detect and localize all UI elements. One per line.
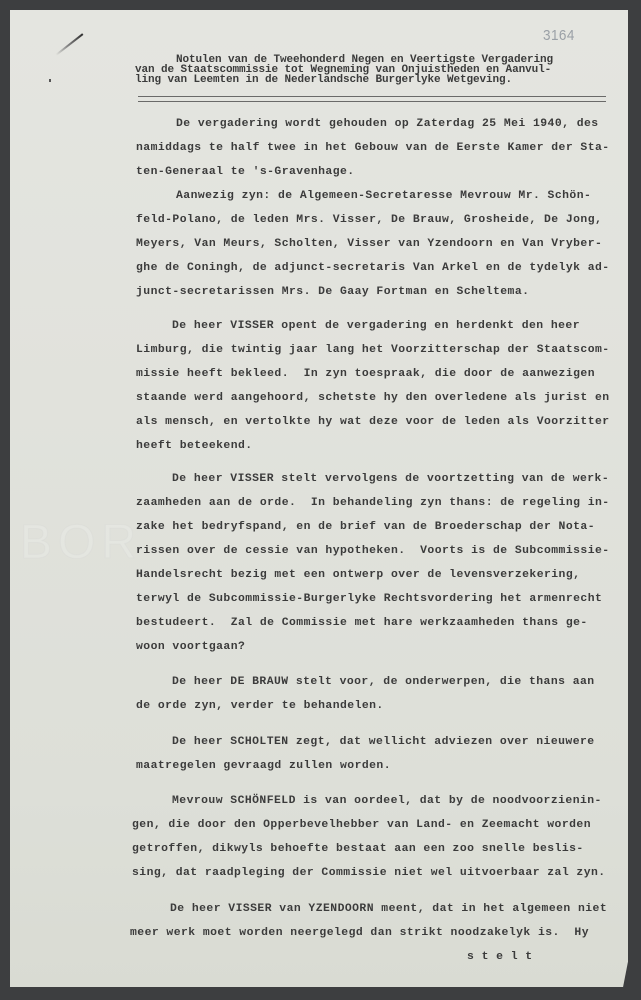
paragraph-line: als mensch, en vertolkte hy wat deze voo… bbox=[136, 415, 610, 429]
paragraph-line: Meyers, Van Meurs, Scholten, Visser van … bbox=[136, 237, 602, 251]
paragraph-line: staande werd aangehoord, schetste hy den… bbox=[136, 391, 610, 405]
paragraph-line: heeft beteekend. bbox=[136, 439, 253, 453]
paragraph-line: zaamheden aan de orde. In behandeling zy… bbox=[136, 496, 610, 510]
paragraph-line: sing, dat raadpleging der Commissie niet… bbox=[132, 866, 606, 880]
paragraph-line: Mevrouw SCHÖNFELD is van oordeel, dat by… bbox=[172, 794, 602, 808]
title-line: ling van Leemten in de Nederlandsche Bur… bbox=[135, 75, 605, 85]
catchword: s t e l t bbox=[467, 950, 533, 964]
paragraph-line: maatregelen gevraagd zullen worden. bbox=[136, 759, 391, 773]
paragraph-line: woon voortgaan? bbox=[136, 640, 245, 654]
paragraph-line: gen, die door den Opperbevelhebber van L… bbox=[132, 818, 591, 832]
paragraph-line: namiddags te half twee in het Gebouw van… bbox=[136, 141, 610, 155]
paragraph-line: zake het bedryfspand, en de brief van de… bbox=[136, 520, 595, 534]
paragraph-line: missie heeft bekleed. In zyn toespraak, … bbox=[136, 367, 595, 381]
title-double-rule bbox=[138, 96, 606, 102]
paragraph-line: getroffen, dikwyls behoefte bestaat aan … bbox=[132, 842, 584, 856]
paragraph-line: Aanwezig zyn: de Algemeen-Secretaresse M… bbox=[176, 189, 591, 203]
paragraph-line: Handelsrecht bezig met een ontwerp over … bbox=[136, 568, 580, 582]
watermark: BOR bbox=[20, 515, 142, 570]
paragraph-line: de orde zyn, verder te behandelen. bbox=[136, 699, 384, 713]
paragraph-line: ghe de Coningh, de adjunct-secretaris Va… bbox=[136, 261, 610, 275]
paragraph-line: terwyl de Subcommissie-Burgerlyke Rechts… bbox=[136, 592, 602, 606]
paragraph-line: De heer SCHOLTEN zegt, dat wellicht advi… bbox=[172, 735, 595, 749]
paragraph-line: De heer VISSER van YZENDOORN meent, dat … bbox=[170, 902, 607, 916]
paragraph-line: De vergadering wordt gehouden op Zaterda… bbox=[176, 117, 599, 131]
paragraph-line: rissen over de cessie van hypotheken. Vo… bbox=[136, 544, 610, 558]
paragraph-line: junct-secretarissen Mrs. De Gaay Fortman… bbox=[136, 285, 529, 299]
pen-mark-icon bbox=[55, 33, 83, 56]
pen-dot-icon bbox=[49, 79, 51, 82]
paragraph-line: De heer VISSER opent de vergadering en h… bbox=[172, 319, 580, 333]
paragraph-line: bestudeert. Zal de Commissie met hare we… bbox=[136, 616, 588, 630]
paragraph-line: feld-Polano, de leden Mrs. Visser, De Br… bbox=[136, 213, 602, 227]
paragraph-line: ten-Generaal te 's-Gravenhage. bbox=[136, 165, 355, 179]
paragraph-line: Limburg, die twintig jaar lang het Voorz… bbox=[136, 343, 610, 357]
archive-number: 3164 bbox=[543, 27, 575, 44]
document-title: Notulen van de Tweehonderd Negen en Veer… bbox=[135, 55, 605, 85]
paragraph-line: De heer DE BRAUW stelt voor, de onderwer… bbox=[172, 675, 595, 689]
paragraph-line: De heer VISSER stelt vervolgens de voort… bbox=[172, 472, 609, 486]
paragraph-line: meer werk moet worden neergelegd dan str… bbox=[130, 926, 589, 940]
